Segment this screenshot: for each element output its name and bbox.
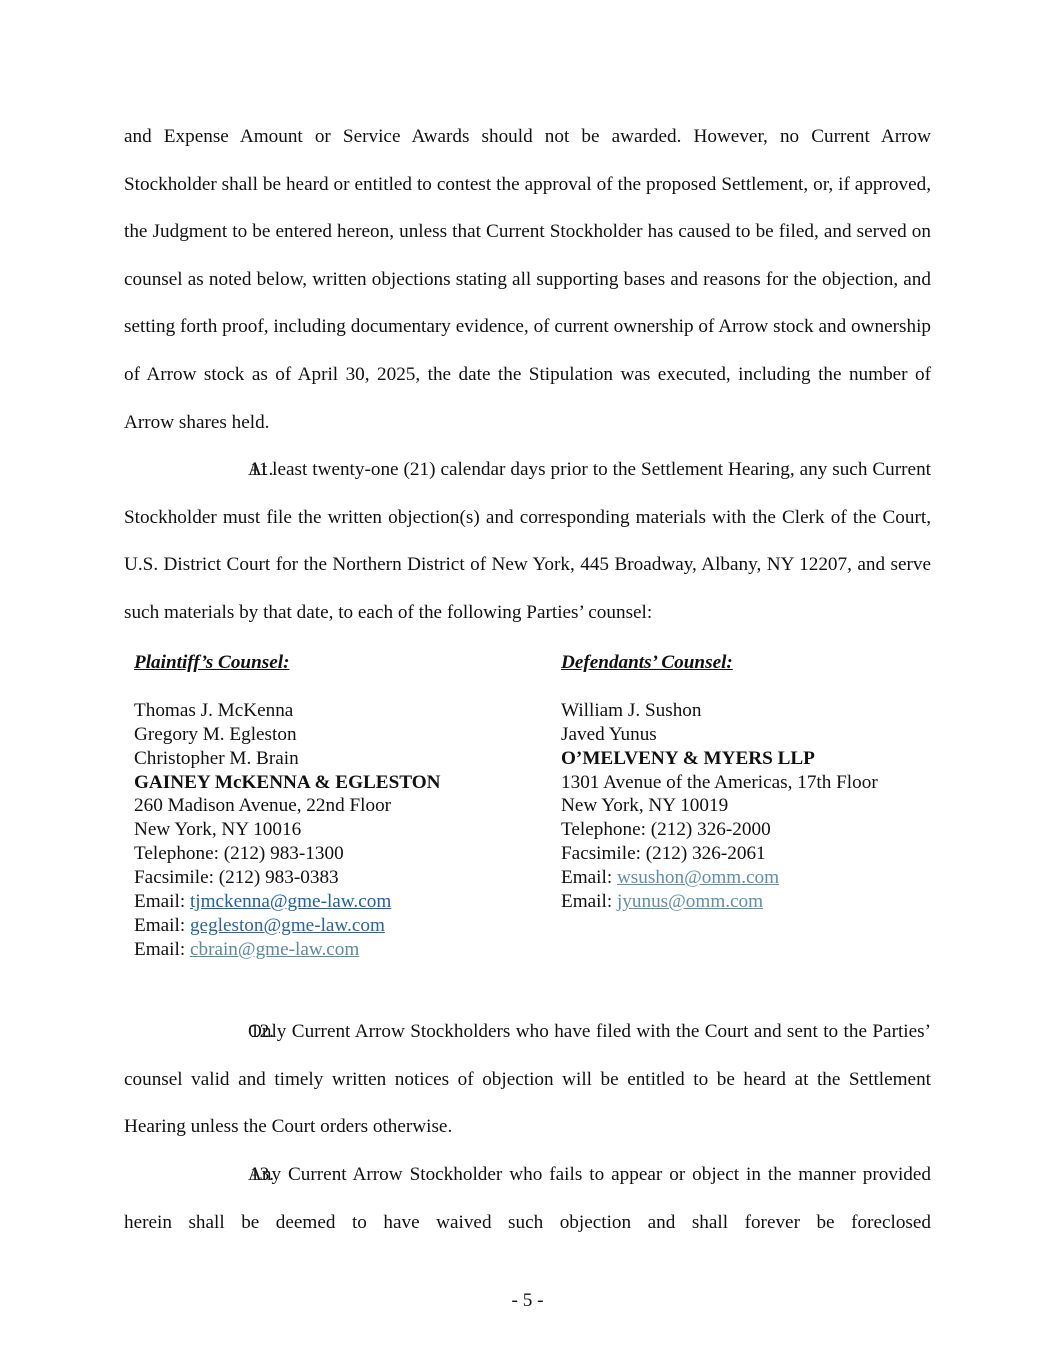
address-line-2: New York, NY 10019 <box>561 794 878 818</box>
email-line: Email: cbrain@gme-law.com <box>134 938 441 962</box>
address-line-1: 1301 Avenue of the Americas, 17th Floor <box>561 771 878 795</box>
law-firm-name: GAINEY McKENNA & EGLESTON <box>134 771 441 795</box>
email-line: Email: tjmckenna@gme-law.com <box>134 890 441 914</box>
defendant-counsel-block: Defendants’ Counsel: William J. Sushon J… <box>561 651 878 914</box>
defendant-counsel-heading: Defendants’ Counsel: <box>561 651 878 675</box>
plaintiff-counsel-heading: Plaintiff’s Counsel: <box>134 651 441 675</box>
email-link-gegleston[interactable]: gegleston@gme-law.com <box>190 915 385 936</box>
paragraph-10-continuation: and Expense Amount or Service Awards sho… <box>124 113 931 446</box>
email-link-tjmckenna[interactable]: tjmckenna@gme-law.com <box>190 891 391 912</box>
attorney-name: Javed Yunus <box>561 723 878 747</box>
attorney-name: Gregory M. Egleston <box>134 723 441 747</box>
email-label: Email: <box>134 915 190 936</box>
address-line-1: 260 Madison Avenue, 22nd Floor <box>134 794 441 818</box>
page-number: - 5 - <box>0 1290 1055 1312</box>
paragraph-number: 12. <box>187 1008 248 1056</box>
paragraph-12: 12.Only Current Arrow Stockholders who h… <box>124 1008 931 1151</box>
email-line: Email: gegleston@gme-law.com <box>134 914 441 938</box>
law-firm-name: O’MELVENY & MYERS LLP <box>561 747 878 771</box>
address-line-2: New York, NY 10016 <box>134 818 441 842</box>
email-label: Email: <box>134 891 190 912</box>
facsimile: Facsimile: (212) 983-0383 <box>134 866 441 890</box>
email-label: Email: <box>561 891 617 912</box>
attorney-name: Thomas J. McKenna <box>134 699 441 723</box>
plaintiff-counsel-block: Plaintiff’s Counsel: Thomas J. McKenna G… <box>134 651 441 962</box>
document-page: and Expense Amount or Service Awards sho… <box>0 0 1055 1365</box>
paragraph-11: 11.At least twenty-one (21) calendar day… <box>124 446 931 636</box>
email-label: Email: <box>134 939 190 960</box>
email-line: Email: wsushon@omm.com <box>561 866 878 890</box>
paragraph-13: 13.Any Current Arrow Stockholder who fai… <box>124 1151 931 1246</box>
email-link-cbrain[interactable]: cbrain@gme-law.com <box>190 939 359 960</box>
telephone: Telephone: (212) 983-1300 <box>134 842 441 866</box>
telephone: Telephone: (212) 326-2000 <box>561 818 878 842</box>
attorney-name: Christopher M. Brain <box>134 747 441 771</box>
email-label: Email: <box>561 867 617 888</box>
email-link-wsushon[interactable]: wsushon@omm.com <box>617 867 779 888</box>
email-line: Email: jyunus@omm.com <box>561 890 878 914</box>
facsimile: Facsimile: (212) 326-2061 <box>561 842 878 866</box>
paragraph-number: 13. <box>187 1151 248 1199</box>
email-link-jyunus[interactable]: jyunus@omm.com <box>617 891 763 912</box>
paragraph-number: 11. <box>187 446 248 494</box>
attorney-name: William J. Sushon <box>561 699 878 723</box>
